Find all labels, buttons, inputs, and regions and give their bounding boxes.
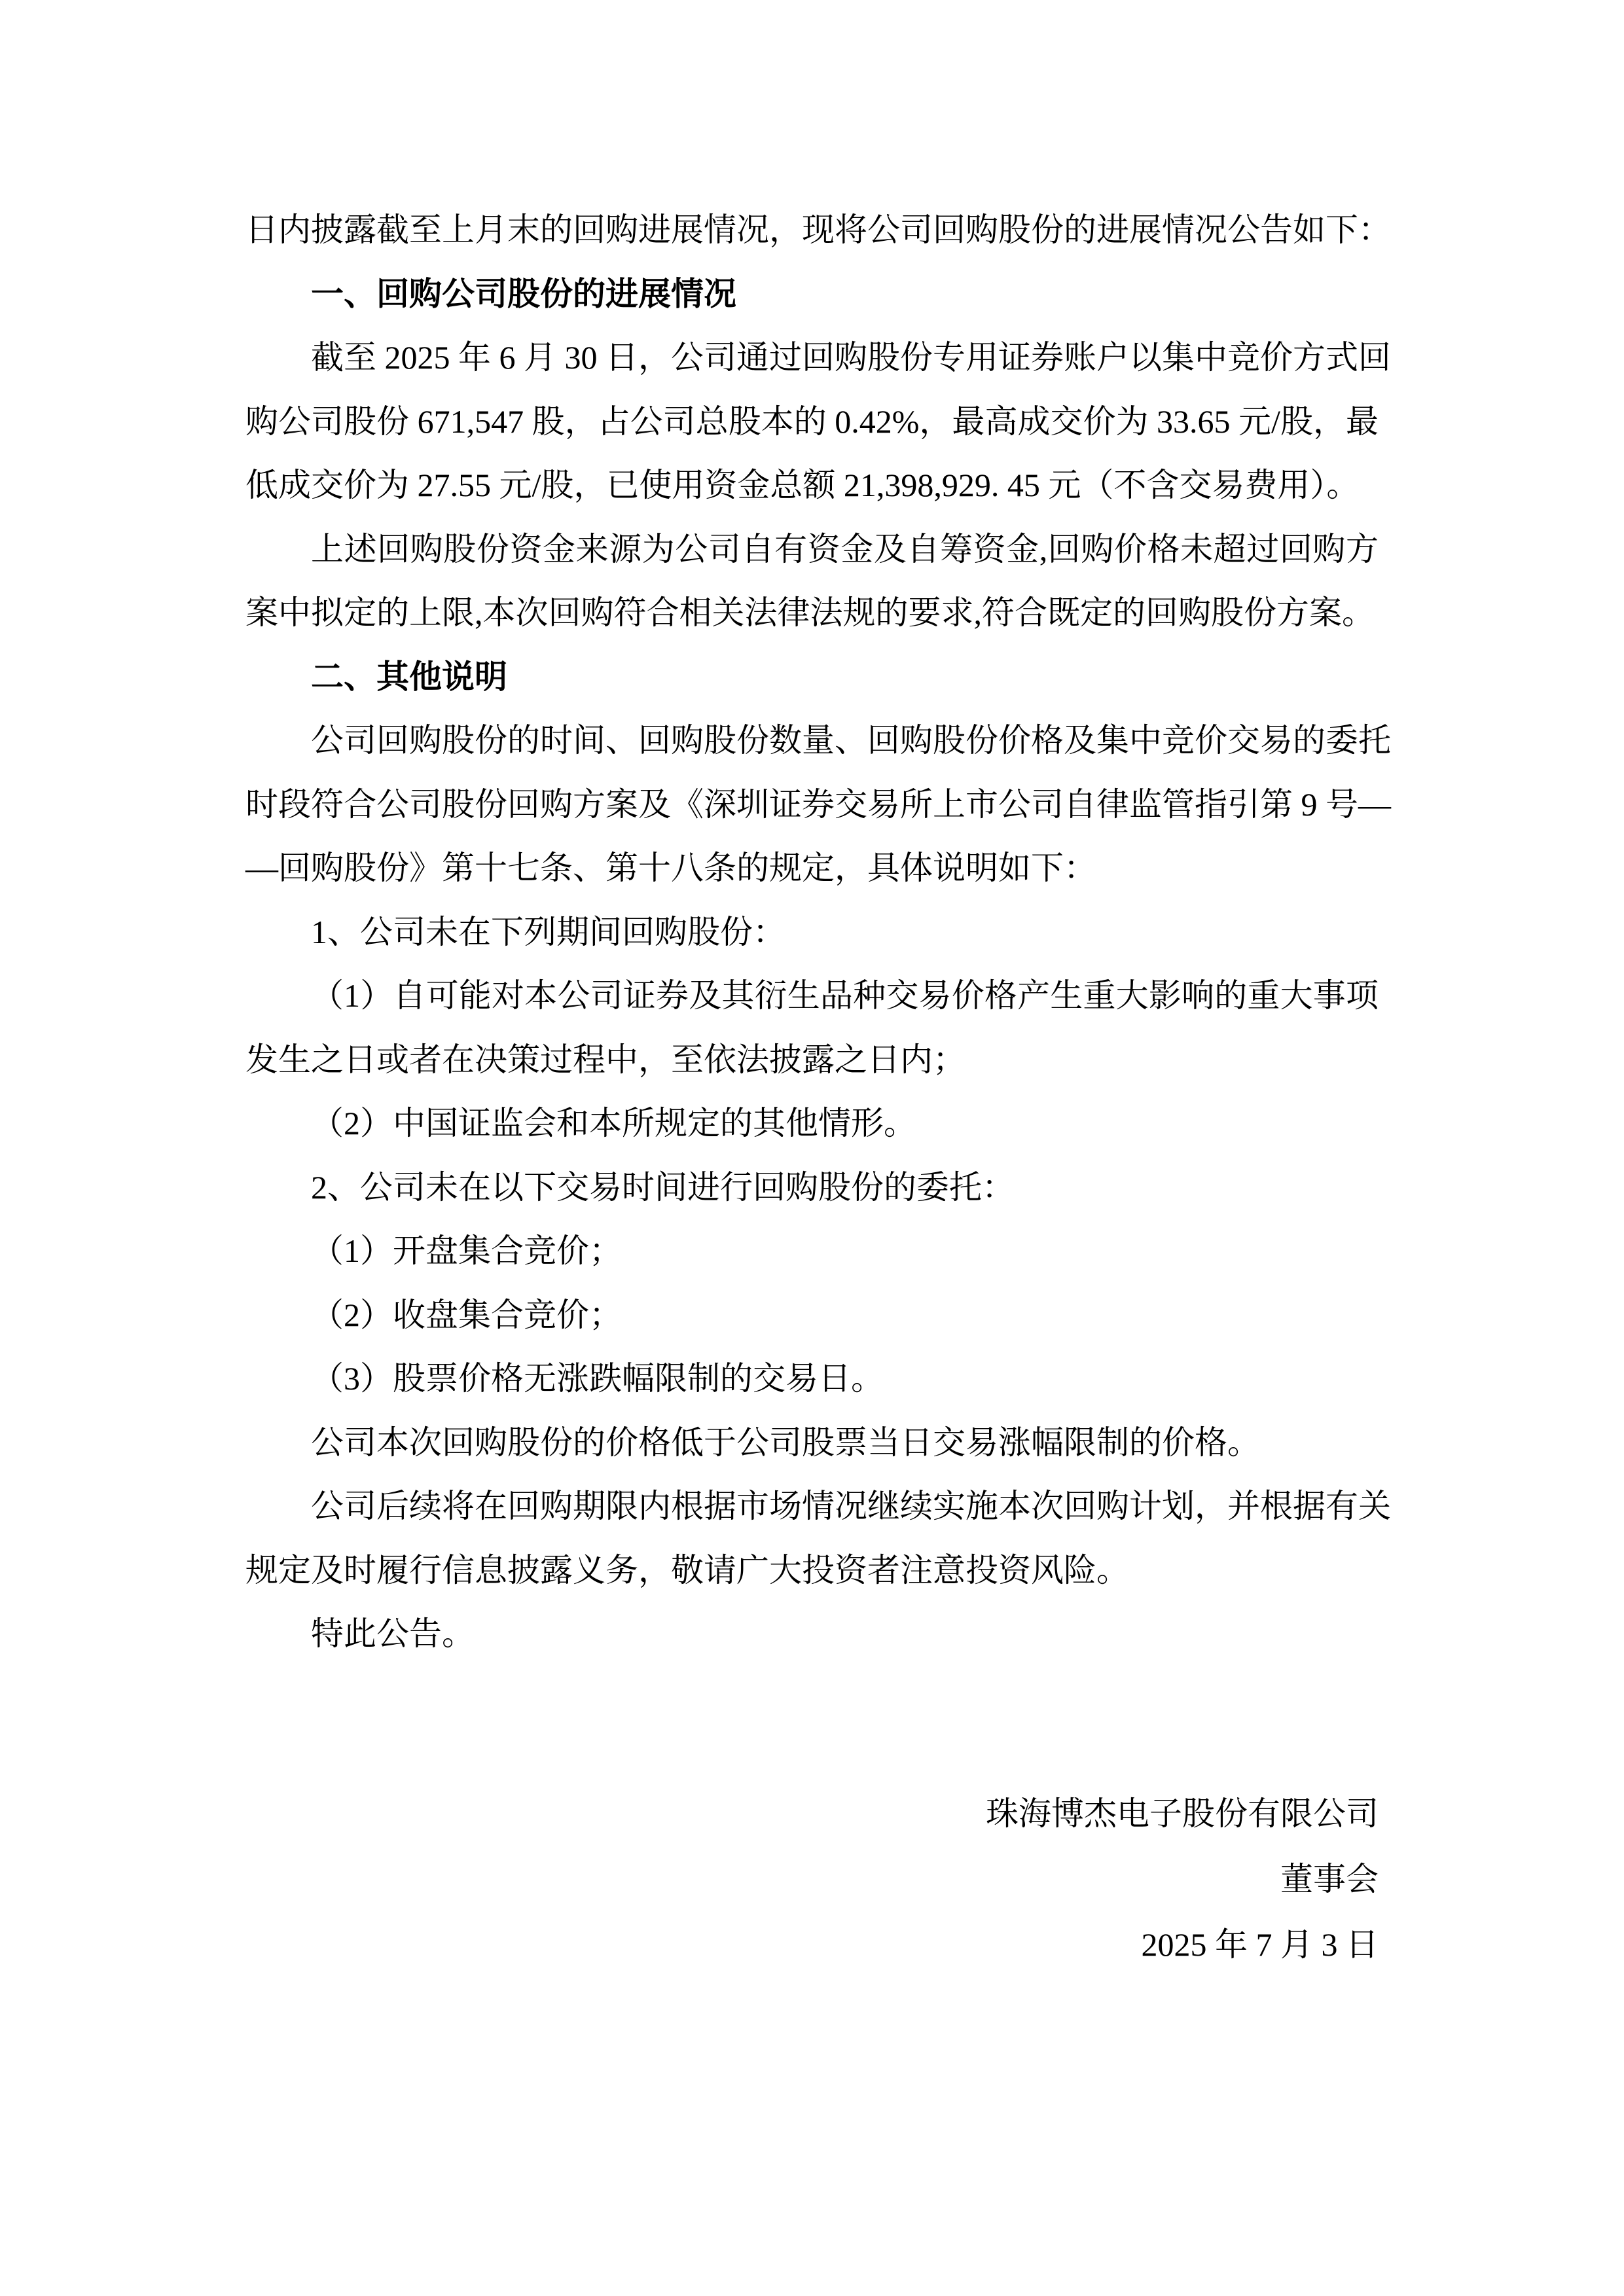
closing-line: 特此公告。 [245, 1602, 1379, 1666]
body-line: —回购股份》第十七条、第十八条的规定，具体说明如下： [245, 836, 1379, 901]
body-line-continuation: 日内披露截至上月末的回购进展情况，现将公司回购股份的进展情况公告如下： [245, 198, 1379, 262]
body-line: 公司回购股份的时间、回购股份数量、回购股份价格及集中竞价交易的委托 [245, 709, 1379, 773]
body-line: 案中拟定的上限,本次回购符合相关法律法规的要求,符合既定的回购股份方案。 [245, 581, 1379, 645]
signature-board: 董事会 [245, 1846, 1379, 1912]
list-item-2-3: （3）股票价格无涨跌幅限制的交易日。 [245, 1347, 1379, 1411]
signature-block: 珠海博杰电子股份有限公司 董事会 2025 年 7 月 3 日 [245, 1781, 1379, 1977]
section-2-heading: 二、其他说明 [245, 645, 1379, 709]
body-line: 时段符合公司股份回购方案及《深圳证券交易所上市公司自律监管指引第 9 号— [245, 773, 1379, 837]
list-item-2-1: （1）开盘集合竞价； [245, 1219, 1379, 1283]
list-item-1-1: （1）自可能对本公司证券及其衍生品种交易价格产生重大影响的重大事项 [245, 964, 1379, 1028]
body-line: 公司本次回购股份的价格低于公司股票当日交易涨幅限制的价格。 [245, 1411, 1379, 1475]
body-line: 购公司股份 671,547 股，占公司总股本的 0.42%，最高成交价为 33.… [245, 390, 1379, 454]
announcement-body: 日内披露截至上月末的回购进展情况，现将公司回购股份的进展情况公告如下： 一、回购… [245, 198, 1379, 1977]
body-line: 上述回购股份资金来源为公司自有资金及自筹资金,回购价格未超过回购方 [245, 518, 1379, 582]
body-line: 规定及时履行信息披露义务，敬请广大投资者注意投资风险。 [245, 1539, 1379, 1603]
list-item-1-2: （2）中国证监会和本所规定的其他情形。 [245, 1092, 1379, 1156]
section-1-heading: 一、回购公司股份的进展情况 [245, 262, 1379, 327]
signature-date: 2025 年 7 月 3 日 [245, 1912, 1379, 1977]
list-item-2: 2、公司未在以下交易时间进行回购股份的委托： [245, 1156, 1379, 1220]
body-line: 截至 2025 年 6 月 30 日，公司通过回购股份专用证券账户以集中竞价方式… [245, 326, 1379, 390]
body-line: 低成交价为 27.55 元/股，已使用资金总额 21,398,929. 45 元… [245, 454, 1379, 518]
body-line: 公司后续将在回购期限内根据市场情况继续实施本次回购计划，并根据有关 [245, 1475, 1379, 1539]
document-page: 日内披露截至上月末的回购进展情况，现将公司回购股份的进展情况公告如下： 一、回购… [0, 0, 1624, 2296]
body-line: 发生之日或者在决策过程中，至依法披露之日内； [245, 1028, 1379, 1092]
list-item-1: 1、公司未在下列期间回购股份： [245, 901, 1379, 965]
signature-company: 珠海博杰电子股份有限公司 [245, 1781, 1379, 1846]
list-item-2-2: （2）收盘集合竞价； [245, 1283, 1379, 1348]
